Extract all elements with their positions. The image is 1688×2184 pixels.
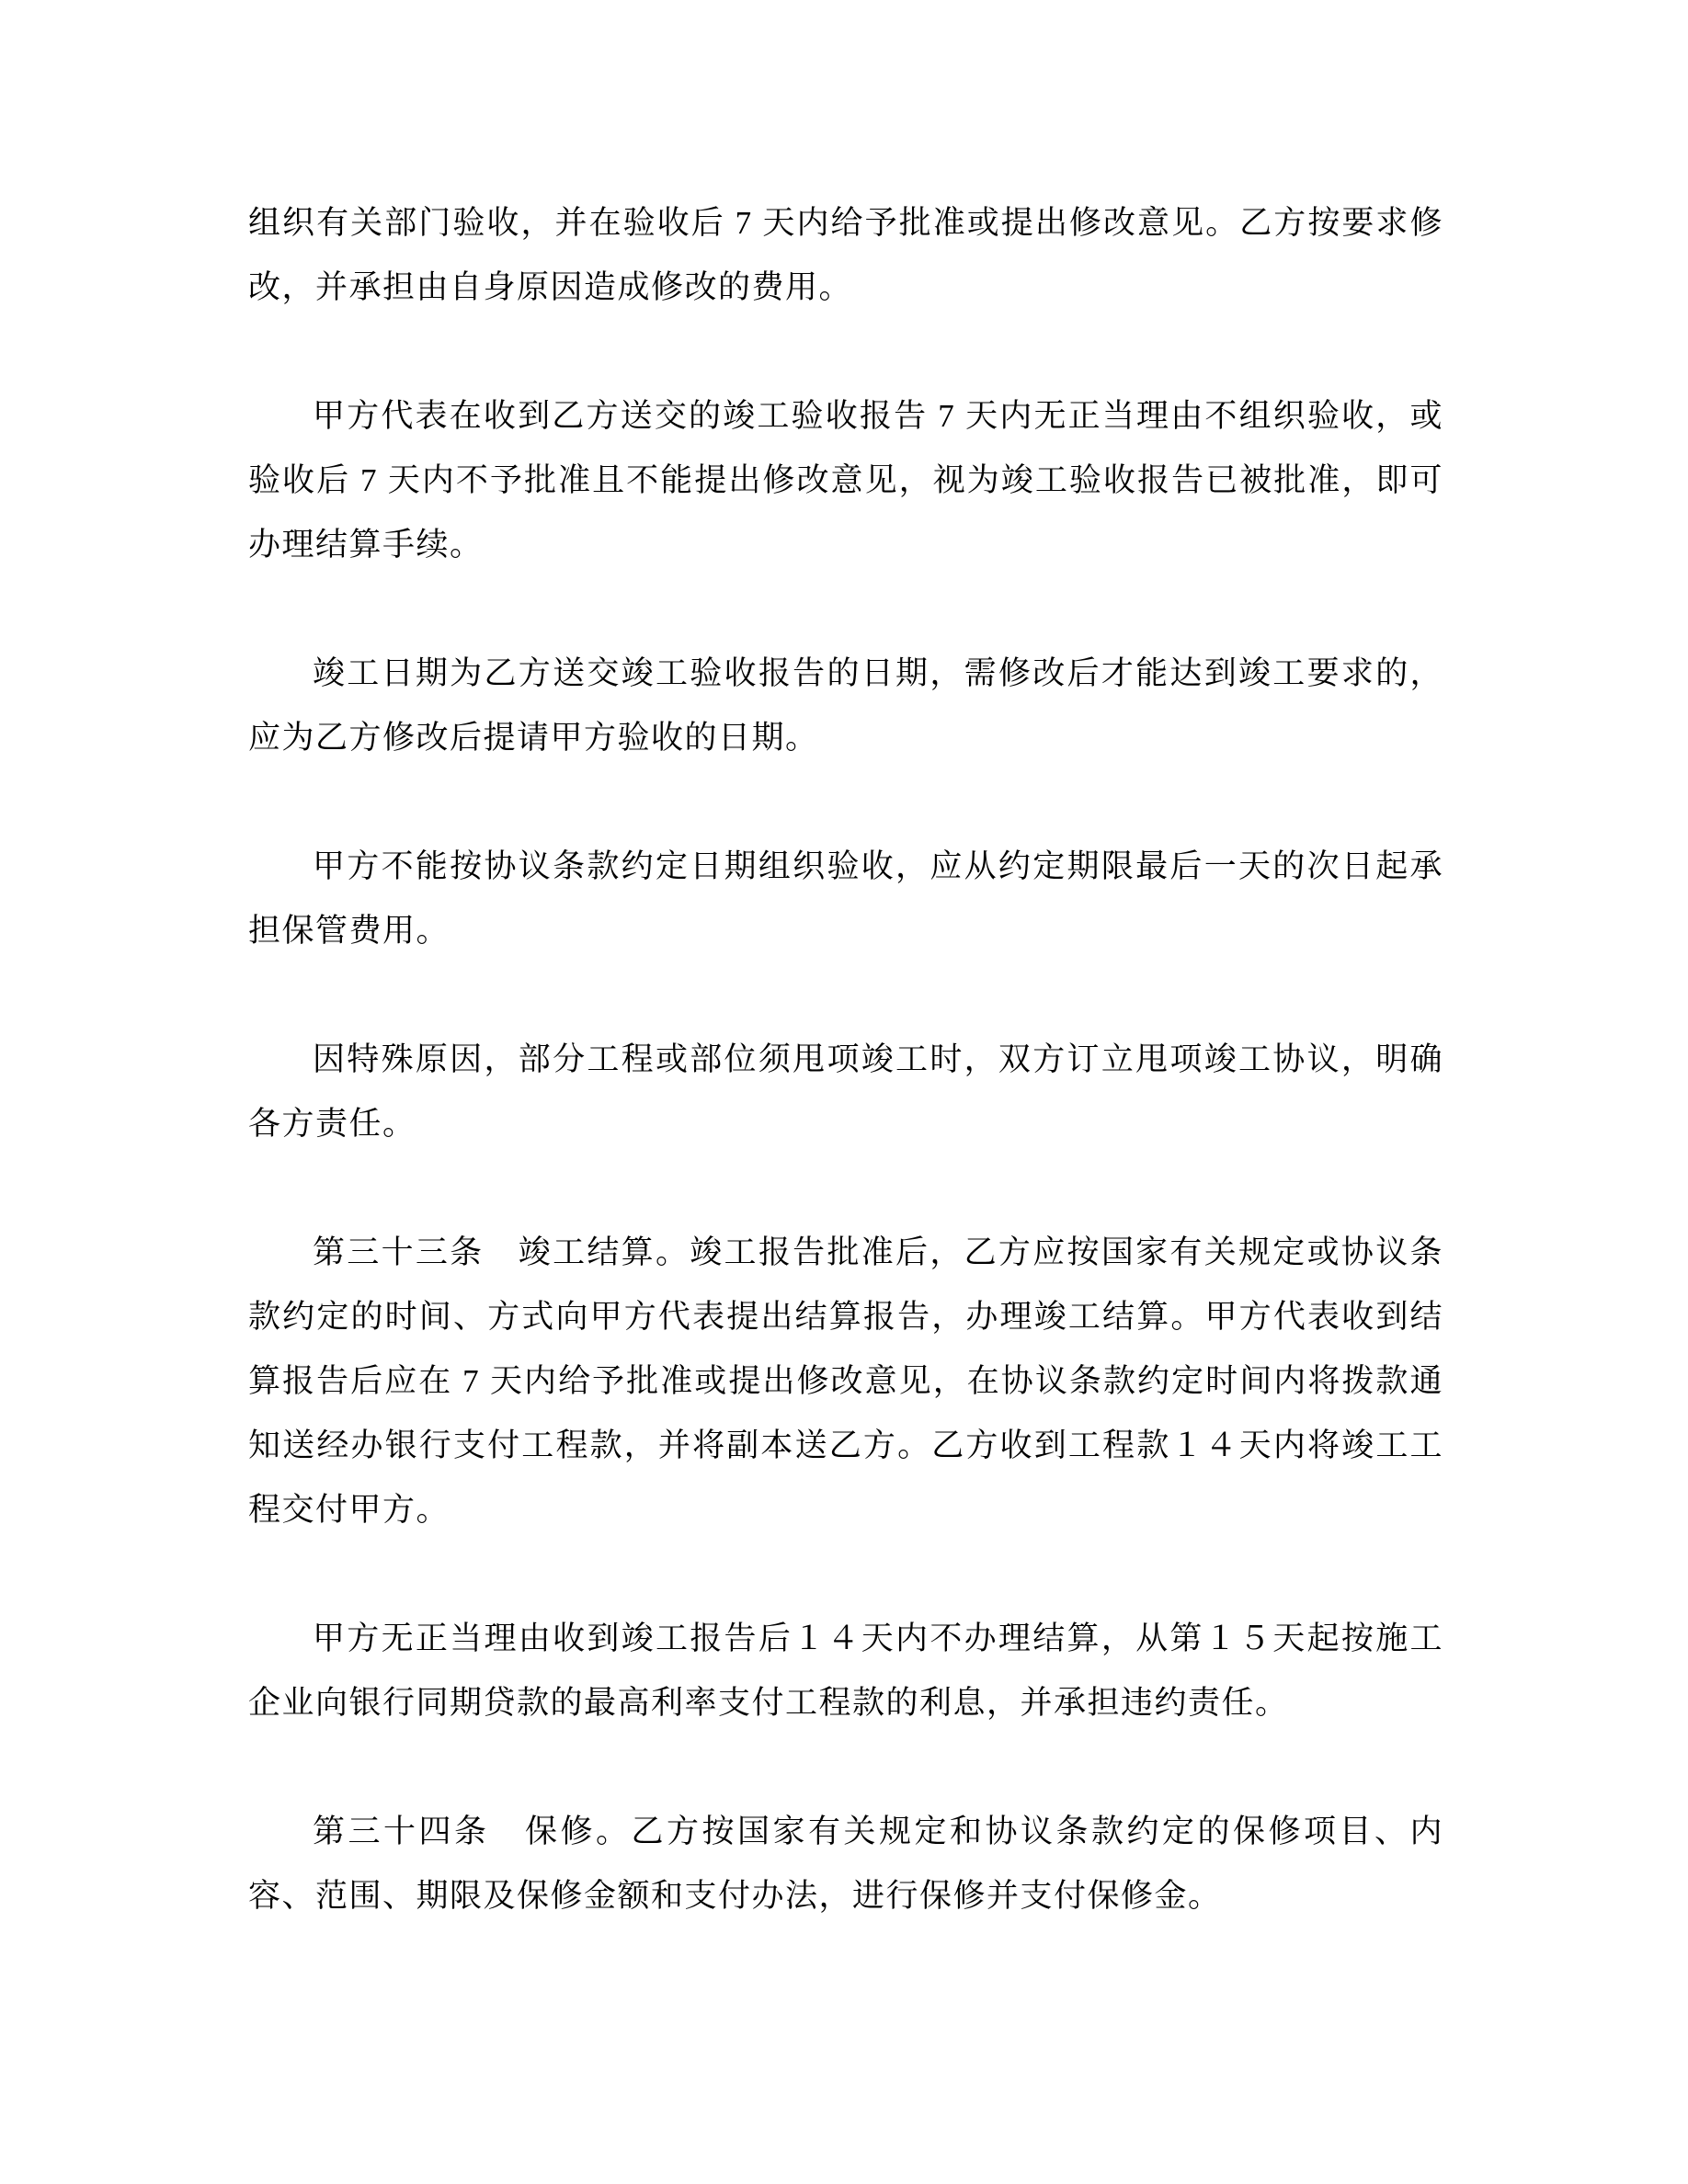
paragraph-clause-34-warranty: 第三十四条 保修。乙方按国家有关规定和协议条款约定的保修项目、内容、范围、期限及… bbox=[248, 1800, 1443, 1928]
paragraph-continuation: 组织有关部门验收，并在验收后 7 天内给予批准或提出修改意见。乙方按要求修改，并… bbox=[248, 191, 1443, 320]
paragraph-storage-fee: 甲方不能按协议条款约定日期组织验收，应从约定期限最后一天的次日起承担保管费用。 bbox=[248, 835, 1443, 963]
paragraph-completion-date: 竣工日期为乙方送交竣工验收报告的日期，需修改后才能达到竣工要求的，应为乙方修改后… bbox=[248, 642, 1443, 770]
paragraph-late-settlement-interest: 甲方无正当理由收到竣工报告后１４天内不办理结算，从第１５天起按施工企业向银行同期… bbox=[248, 1607, 1443, 1735]
paragraph-partial-completion: 因特殊原因，部分工程或部位须甩项竣工时，双方订立甩项竣工协议，明确各方责任。 bbox=[248, 1028, 1443, 1156]
paragraph-clause-33-settlement: 第三十三条 竣工结算。竣工报告批准后，乙方应按国家有关规定或协议条款约定的时间、… bbox=[248, 1221, 1443, 1542]
document-page: 组织有关部门验收，并在验收后 7 天内给予批准或提出修改意见。乙方按要求修改，并… bbox=[0, 0, 1688, 2184]
document-body: 组织有关部门验收，并在验收后 7 天内给予批准或提出修改意见。乙方按要求修改，并… bbox=[248, 191, 1443, 1928]
paragraph-acceptance-report: 甲方代表在收到乙方送交的竣工验收报告 7 天内无正当理由不组织验收，或验收后 7… bbox=[248, 384, 1443, 577]
